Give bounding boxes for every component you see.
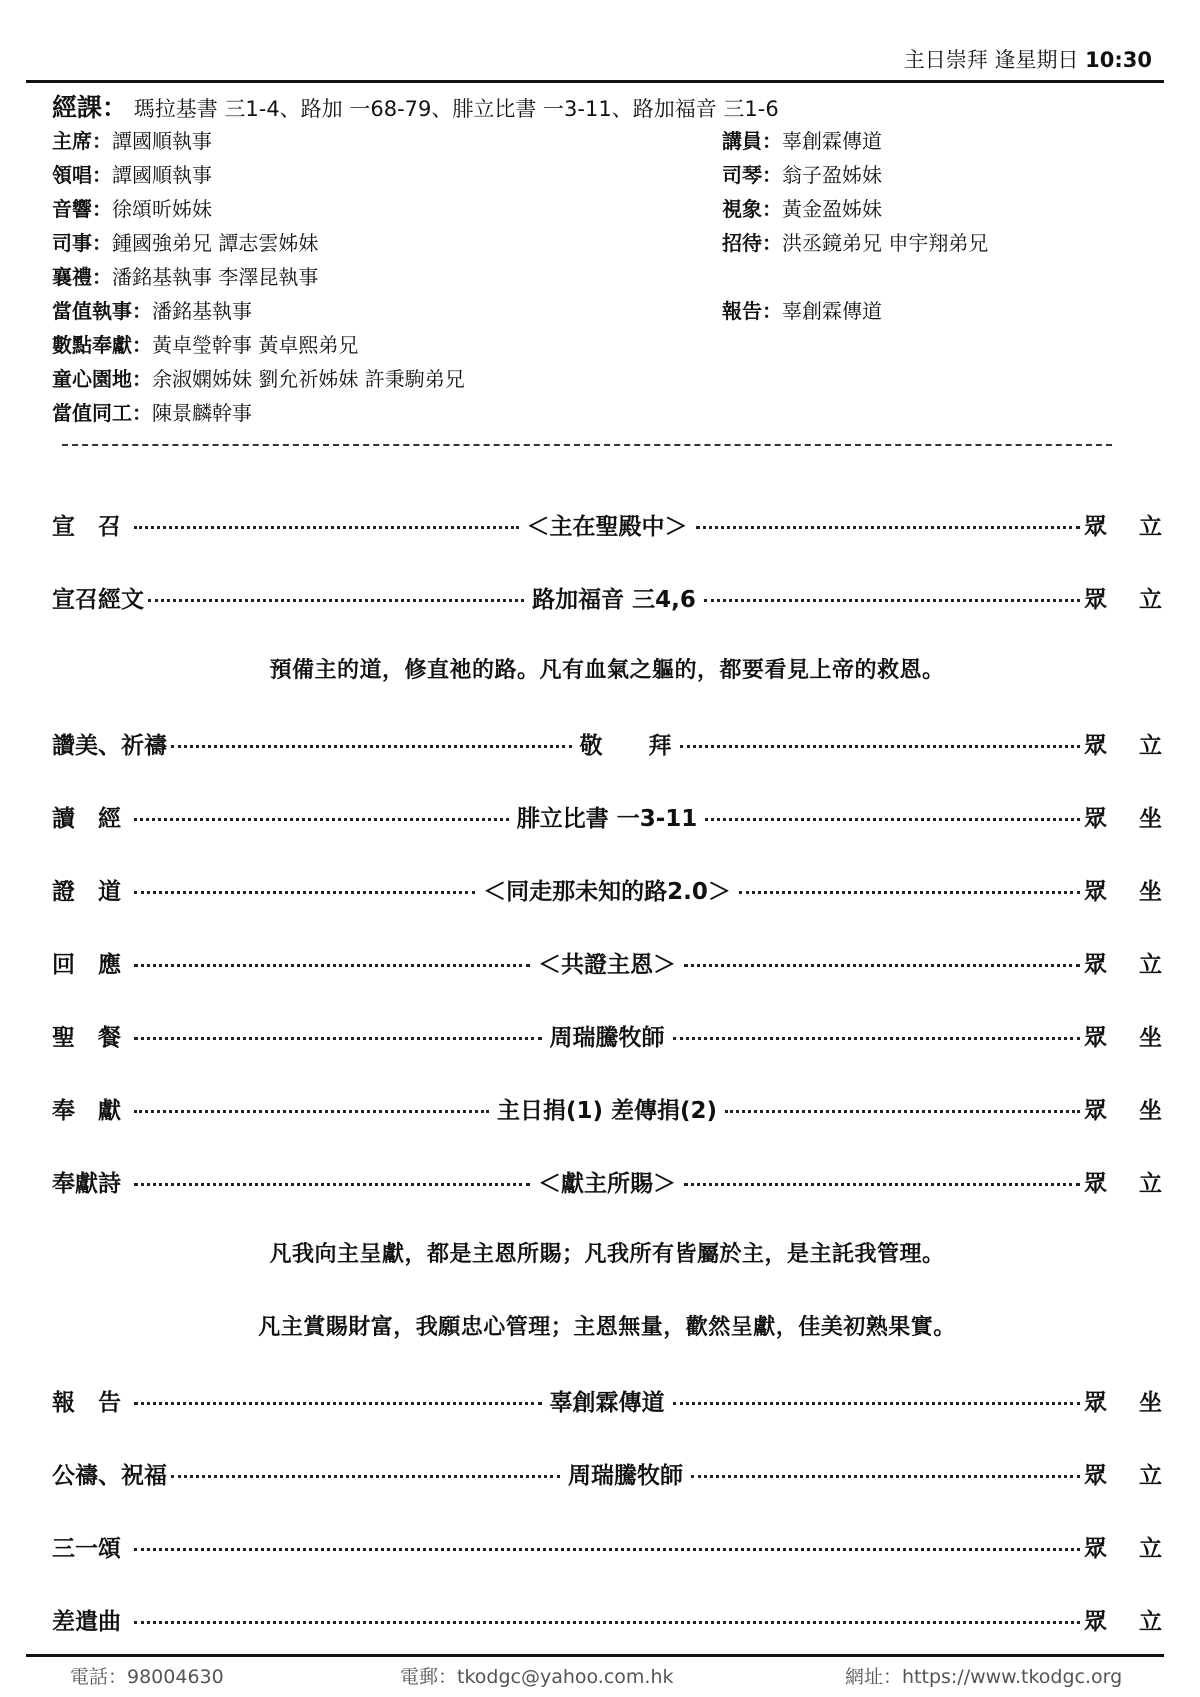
item-detail: 敬 拜 bbox=[576, 727, 676, 760]
offering-hymn-verse: 凡我向主呈獻，都是主恩所賜；凡我所有皆屬於主，是主託我管理。 bbox=[52, 1218, 1162, 1291]
role-value: 譚國順執事 bbox=[112, 129, 212, 153]
item-name: 讀 經 bbox=[52, 800, 130, 833]
service-name: 主日崇拜 逢星期日 bbox=[904, 48, 1079, 72]
lessons-line: 經課： 瑪拉基書 三1-4、路加 一68-79、腓立比書 一3-11、路加福音 … bbox=[52, 88, 779, 124]
roles-right-column: 講員：辜創霖傳道 司琴：翁子盈姊妹 視象：黃金盈姊妹 招待：洪丞鏡弟兄 申宇翔弟… bbox=[722, 124, 988, 328]
role-row: 當值執事：潘銘基執事 bbox=[52, 294, 465, 328]
offering-hymn-verse: 凡主賞賜財富，我願忠心管理；主恩無量，歡然呈獻，佳美初熟果實。 bbox=[52, 1291, 1162, 1364]
item-detail: ＜共證主恩＞ bbox=[534, 946, 680, 979]
item-detail: 腓立比書 一3-11 bbox=[513, 800, 702, 833]
posture-action: 立 bbox=[1139, 1603, 1162, 1636]
role-row: 童心園地：余淑嫻姊妹 劉允祈姊妹 許秉駒弟兄 bbox=[52, 362, 465, 396]
dot-leader bbox=[725, 1110, 1080, 1113]
role-label: 數點奉獻： bbox=[52, 333, 152, 357]
service-item: 奉獻詩 ＜獻主所賜＞ 眾立 bbox=[52, 1145, 1162, 1218]
footer-website[interactable]: 網址：https://www.tkodgc.org bbox=[845, 1662, 1122, 1689]
posture-who: 眾 bbox=[1084, 1384, 1107, 1417]
service-item: 公禱、祝福 周瑞騰牧師 眾立 bbox=[52, 1437, 1162, 1510]
item-posture: 眾立 bbox=[1084, 508, 1162, 541]
dot-leader bbox=[171, 1475, 560, 1478]
role-label: 領唱： bbox=[52, 163, 112, 187]
top-divider bbox=[26, 80, 1164, 83]
posture-action: 坐 bbox=[1139, 1384, 1162, 1417]
item-detail: 路加福音 三4,6 bbox=[528, 581, 700, 614]
posture-action: 立 bbox=[1139, 946, 1162, 979]
posture-who: 眾 bbox=[1084, 727, 1107, 760]
dot-leader bbox=[684, 964, 1080, 967]
role-value: 黃金盈姊妹 bbox=[782, 197, 882, 221]
item-name: 差遣曲 bbox=[52, 1603, 130, 1636]
service-item: 證 道 ＜同走那未知的路2.0＞ 眾坐 bbox=[52, 853, 1162, 926]
posture-action: 立 bbox=[1139, 508, 1162, 541]
posture-who: 眾 bbox=[1084, 873, 1107, 906]
posture-action: 坐 bbox=[1139, 873, 1162, 906]
item-posture: 眾立 bbox=[1084, 946, 1162, 979]
item-posture: 眾坐 bbox=[1084, 873, 1162, 906]
posture-action: 立 bbox=[1139, 1457, 1162, 1490]
role-label: 當值執事： bbox=[52, 299, 152, 323]
posture-who: 眾 bbox=[1084, 800, 1107, 833]
lessons-label: 經課： bbox=[52, 93, 127, 122]
service-item: 宣召經文 路加福音 三4,6 眾立 bbox=[52, 561, 1162, 634]
roles-left-column: 主席：譚國順執事 領唱：譚國順執事 音響：徐頌昕姊妹 司事：鍾國強弟兄 譚志雲姊… bbox=[52, 124, 465, 430]
posture-who: 眾 bbox=[1084, 581, 1107, 614]
posture-who: 眾 bbox=[1084, 1457, 1107, 1490]
item-name: 奉獻詩 bbox=[52, 1165, 130, 1198]
dot-leader bbox=[691, 1475, 1080, 1478]
item-detail: 周瑞騰牧師 bbox=[564, 1457, 687, 1490]
item-detail: 周瑞騰牧師 bbox=[546, 1019, 669, 1052]
item-name: 聖 餐 bbox=[52, 1019, 130, 1052]
role-row: 司琴：翁子盈姊妹 bbox=[722, 158, 988, 192]
posture-who: 眾 bbox=[1084, 508, 1107, 541]
item-detail: ＜同走那未知的路2.0＞ bbox=[479, 873, 735, 906]
dot-leader bbox=[134, 1402, 542, 1405]
role-value: 鍾國強弟兄 譚志雲姊妹 bbox=[112, 231, 318, 255]
service-item: 三一頌 眾立 bbox=[52, 1510, 1162, 1583]
scripture-verse: 預備主的道，修直祂的路。凡有血氣之軀的，都要看見上帝的救恩。 bbox=[52, 634, 1162, 707]
role-row: 主席：譚國順執事 bbox=[52, 124, 465, 158]
role-row: 視象：黃金盈姊妹 bbox=[722, 192, 988, 226]
role-label: 音響： bbox=[52, 197, 112, 221]
role-row: 招待：洪丞鏡弟兄 申宇翔弟兄 bbox=[722, 226, 988, 260]
role-row: 司事：鍾國強弟兄 譚志雲姊妹 bbox=[52, 226, 465, 260]
item-posture: 眾立 bbox=[1084, 1457, 1162, 1490]
role-row: 當值同工：陳景麟幹事 bbox=[52, 396, 465, 430]
role-label: 童心園地： bbox=[52, 367, 152, 391]
posture-action: 立 bbox=[1139, 581, 1162, 614]
item-name: 公禱、祝福 bbox=[52, 1457, 167, 1490]
item-posture: 眾坐 bbox=[1084, 1019, 1162, 1052]
service-item: 讚美、祈禱 敬 拜 眾立 bbox=[52, 707, 1162, 780]
item-name: 證 道 bbox=[52, 873, 130, 906]
role-row: 講員：辜創霖傳道 bbox=[722, 124, 988, 158]
item-detail: ＜獻主所賜＞ bbox=[534, 1165, 680, 1198]
service-item: 報 告 辜創霖傳道 眾坐 bbox=[52, 1364, 1162, 1437]
dot-leader bbox=[684, 1183, 1080, 1186]
service-time: 10:30 bbox=[1085, 48, 1152, 72]
posture-action: 立 bbox=[1139, 1165, 1162, 1198]
role-row: 襄禮：潘銘基執事 李澤昆執事 bbox=[52, 260, 465, 294]
role-value: 潘銘基執事 李澤昆執事 bbox=[112, 265, 318, 289]
role-label: 招待： bbox=[722, 231, 782, 255]
item-posture: 眾立 bbox=[1084, 1530, 1162, 1563]
item-name: 報 告 bbox=[52, 1384, 130, 1417]
role-value: 辜創霖傳道 bbox=[782, 299, 882, 323]
posture-who: 眾 bbox=[1084, 1165, 1107, 1198]
role-label: 主席： bbox=[52, 129, 112, 153]
posture-who: 眾 bbox=[1084, 1019, 1107, 1052]
role-label: 襄禮： bbox=[52, 265, 112, 289]
role-label: 講員： bbox=[722, 129, 782, 153]
service-item: 回 應 ＜共證主恩＞ 眾立 bbox=[52, 926, 1162, 999]
dot-leader bbox=[704, 599, 1080, 602]
dot-leader bbox=[134, 1183, 530, 1186]
item-posture: 眾坐 bbox=[1084, 800, 1162, 833]
role-row: 領唱：譚國順執事 bbox=[52, 158, 465, 192]
posture-action: 坐 bbox=[1139, 1092, 1162, 1125]
role-value: 翁子盈姊妹 bbox=[782, 163, 882, 187]
posture-who: 眾 bbox=[1084, 1092, 1107, 1125]
posture-who: 眾 bbox=[1084, 1530, 1107, 1563]
dot-leader bbox=[171, 745, 572, 748]
item-posture: 眾坐 bbox=[1084, 1384, 1162, 1417]
service-item: 聖 餐 周瑞騰牧師 眾坐 bbox=[52, 999, 1162, 1072]
order-of-service: 宣 召 ＜主在聖殿中＞ 眾立 宣召經文 路加福音 三4,6 眾立 預備主的道，修… bbox=[52, 488, 1162, 1656]
role-label: 司事： bbox=[52, 231, 112, 255]
lessons-value: 瑪拉基書 三1-4、路加 一68-79、腓立比書 一3-11、路加福音 三1-6 bbox=[134, 97, 779, 121]
item-name: 三一頌 bbox=[52, 1530, 130, 1563]
bottom-divider bbox=[26, 1654, 1164, 1657]
dashed-divider bbox=[62, 444, 1112, 446]
item-detail: ＜主在聖殿中＞ bbox=[523, 508, 692, 541]
item-detail: 主日捐(1) 差傳捐(2) bbox=[493, 1092, 721, 1125]
item-posture: 眾立 bbox=[1084, 581, 1162, 614]
dot-leader bbox=[705, 818, 1080, 821]
item-name: 回 應 bbox=[52, 946, 130, 979]
dot-leader bbox=[673, 1402, 1081, 1405]
dot-leader bbox=[134, 526, 519, 529]
item-name: 宣 召 bbox=[52, 508, 130, 541]
posture-action: 立 bbox=[1139, 1530, 1162, 1563]
posture-action: 坐 bbox=[1139, 800, 1162, 833]
dot-leader bbox=[134, 1548, 1080, 1551]
role-label: 報告： bbox=[722, 299, 782, 323]
service-title: 主日崇拜 逢星期日 10:30 bbox=[904, 44, 1152, 74]
role-value: 黃卓瑩幹事 黃卓熙弟兄 bbox=[152, 333, 358, 357]
dot-leader bbox=[134, 818, 509, 821]
item-name: 讚美、祈禱 bbox=[52, 727, 167, 760]
service-item: 讀 經 腓立比書 一3-11 眾坐 bbox=[52, 780, 1162, 853]
item-name: 奉 獻 bbox=[52, 1092, 130, 1125]
role-value: 辜創霖傳道 bbox=[782, 129, 882, 153]
posture-action: 坐 bbox=[1139, 1019, 1162, 1052]
posture-who: 眾 bbox=[1084, 1603, 1107, 1636]
role-row-empty bbox=[722, 260, 988, 294]
role-value: 譚國順執事 bbox=[112, 163, 212, 187]
dot-leader bbox=[739, 891, 1080, 894]
posture-action: 立 bbox=[1139, 727, 1162, 760]
role-label: 視象： bbox=[722, 197, 782, 221]
dot-leader bbox=[673, 1037, 1081, 1040]
item-name: 宣召經文 bbox=[52, 581, 144, 614]
footer-email[interactable]: 電郵：tkodgc@yahoo.com.hk bbox=[400, 1662, 674, 1689]
dot-leader bbox=[134, 1037, 542, 1040]
role-value: 潘銘基執事 bbox=[152, 299, 252, 323]
role-value: 徐頌昕姊妹 bbox=[112, 197, 212, 221]
dot-leader bbox=[680, 745, 1081, 748]
service-item: 宣 召 ＜主在聖殿中＞ 眾立 bbox=[52, 488, 1162, 561]
dot-leader bbox=[134, 891, 475, 894]
role-row: 音響：徐頌昕姊妹 bbox=[52, 192, 465, 226]
item-posture: 眾坐 bbox=[1084, 1092, 1162, 1125]
role-label: 當值同工： bbox=[52, 401, 152, 425]
role-value: 余淑嫻姊妹 劉允祈姊妹 許秉駒弟兄 bbox=[152, 367, 465, 391]
role-row: 報告：辜創霖傳道 bbox=[722, 294, 988, 328]
role-row: 數點奉獻：黃卓瑩幹事 黃卓熙弟兄 bbox=[52, 328, 465, 362]
dot-leader bbox=[134, 964, 530, 967]
service-item: 奉 獻 主日捐(1) 差傳捐(2) 眾坐 bbox=[52, 1072, 1162, 1145]
dot-leader bbox=[134, 1110, 489, 1113]
item-detail: 辜創霖傳道 bbox=[546, 1384, 669, 1417]
dot-leader bbox=[696, 526, 1081, 529]
item-posture: 眾立 bbox=[1084, 1165, 1162, 1198]
role-value: 陳景麟幹事 bbox=[152, 401, 252, 425]
role-label: 司琴： bbox=[722, 163, 782, 187]
service-item: 差遣曲 眾立 bbox=[52, 1583, 1162, 1656]
footer-phone: 電話：98004630 bbox=[70, 1662, 224, 1689]
item-posture: 眾立 bbox=[1084, 1603, 1162, 1636]
posture-who: 眾 bbox=[1084, 946, 1107, 979]
dot-leader bbox=[134, 1621, 1080, 1624]
dot-leader bbox=[148, 599, 524, 602]
item-posture: 眾立 bbox=[1084, 727, 1162, 760]
role-value: 洪丞鏡弟兄 申宇翔弟兄 bbox=[782, 231, 988, 255]
